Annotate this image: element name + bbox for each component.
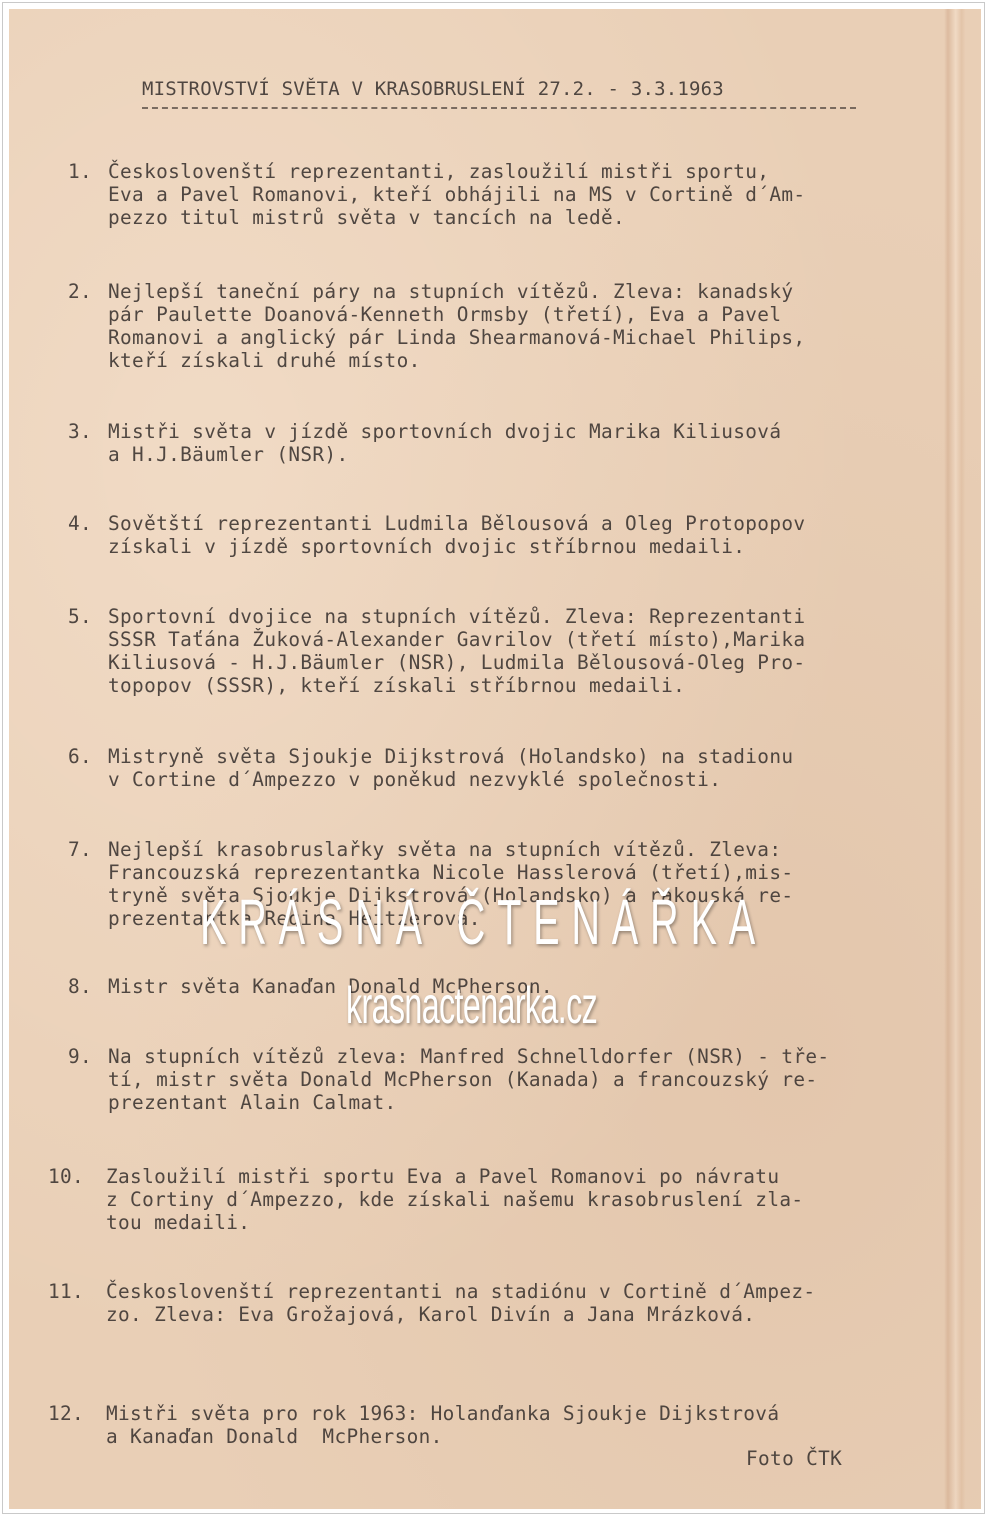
caption-line: a H.J.Bäumler (NSR).	[108, 443, 348, 466]
caption-number: 4.	[68, 512, 92, 535]
caption-line: Kiliusová - H.J.Bäumler (NSR), Ludmila B…	[108, 651, 805, 674]
caption-line: kteří získali druhé místo.	[108, 349, 421, 372]
caption-line: Eva a Pavel Romanovi, kteří obhájili na …	[108, 183, 805, 206]
caption-number: 10.	[48, 1165, 84, 1188]
photo-credit: Foto ČTK	[746, 1447, 842, 1470]
caption-number: 5.	[68, 605, 92, 628]
caption-number: 9.	[68, 1045, 92, 1068]
watermark-url: krasnactenarka.cz	[346, 976, 597, 1036]
caption-line: Mistři světa pro rok 1963: Holanďanka Sj…	[106, 1402, 779, 1425]
caption-line: a Kanaďan Donald McPherson.	[106, 1425, 443, 1448]
caption-number: 3.	[68, 420, 92, 443]
caption-line: prezentant Alain Calmat.	[108, 1091, 397, 1114]
caption-number: 7.	[68, 838, 92, 861]
caption-line: SSSR Taťána Žuková-Alexander Gavrilov (t…	[108, 628, 805, 651]
caption-line: Romanovi a anglický pár Linda Shearmanov…	[108, 326, 805, 349]
caption-line: Nejlepší taneční páry na stupních vítězů…	[108, 280, 793, 303]
caption-number: 6.	[68, 745, 92, 768]
caption-line: Francouzská reprezentantka Nicole Hassle…	[108, 861, 793, 884]
caption-line: tí, mistr světa Donald McPherson (Kanada…	[108, 1068, 817, 1091]
caption-number: 11.	[48, 1280, 84, 1303]
caption-line: Sportovní dvojice na stupních vítězů. Zl…	[108, 605, 805, 628]
caption-line: pár Paulette Doanová-Kenneth Ormsby (tře…	[108, 303, 781, 326]
caption-line: Českoslovenští reprezentanti na stadiónu…	[106, 1280, 815, 1303]
caption-line: Na stupních vítězů zleva: Manfred Schnel…	[108, 1045, 829, 1068]
caption-line: Mistryně světa Sjoukje Dijkstrová (Holan…	[108, 745, 793, 768]
caption-line: topopov (SSSR), kteří získali stříbrnou …	[108, 674, 685, 697]
caption-line: Sovětští reprezentanti Ludmila Bělousová…	[108, 512, 805, 535]
caption-line: Českoslovenští reprezentanti, zasloužilí…	[108, 160, 769, 183]
title-underline	[142, 107, 856, 109]
caption-line: zo. Zleva: Eva Grožajová, Karol Divín a …	[106, 1303, 755, 1326]
caption-number: 2.	[68, 280, 92, 303]
caption-number: 12.	[48, 1402, 84, 1425]
watermark-title: KRÁSNÁ ČTENÁŘKA	[200, 885, 767, 959]
document-title: MISTROVSTVÍ SVĚTA V KRASOBRUSLENÍ 27.2. …	[142, 78, 724, 100]
caption-line: Mistři světa v jízdě sportovních dvojic …	[108, 420, 781, 443]
caption-line: Nejlepší krasobruslařky světa na stupníc…	[108, 838, 781, 861]
caption-line: v Cortine d´Ampezzo v poněkud nezvyklé s…	[108, 768, 721, 791]
caption-line: získali v jízdě sportovních dvojic stříb…	[108, 535, 745, 558]
caption-line: pezzo titul mistrů světa v tancích na le…	[108, 206, 625, 229]
caption-line: tou medaili.	[106, 1211, 250, 1234]
caption-line: z Cortiny d´Ampezzo, kde získali našemu …	[106, 1188, 803, 1211]
caption-number: 8.	[68, 975, 92, 998]
caption-number: 1.	[68, 160, 92, 183]
caption-line: Zasloužilí mistři sportu Eva a Pavel Rom…	[106, 1165, 779, 1188]
